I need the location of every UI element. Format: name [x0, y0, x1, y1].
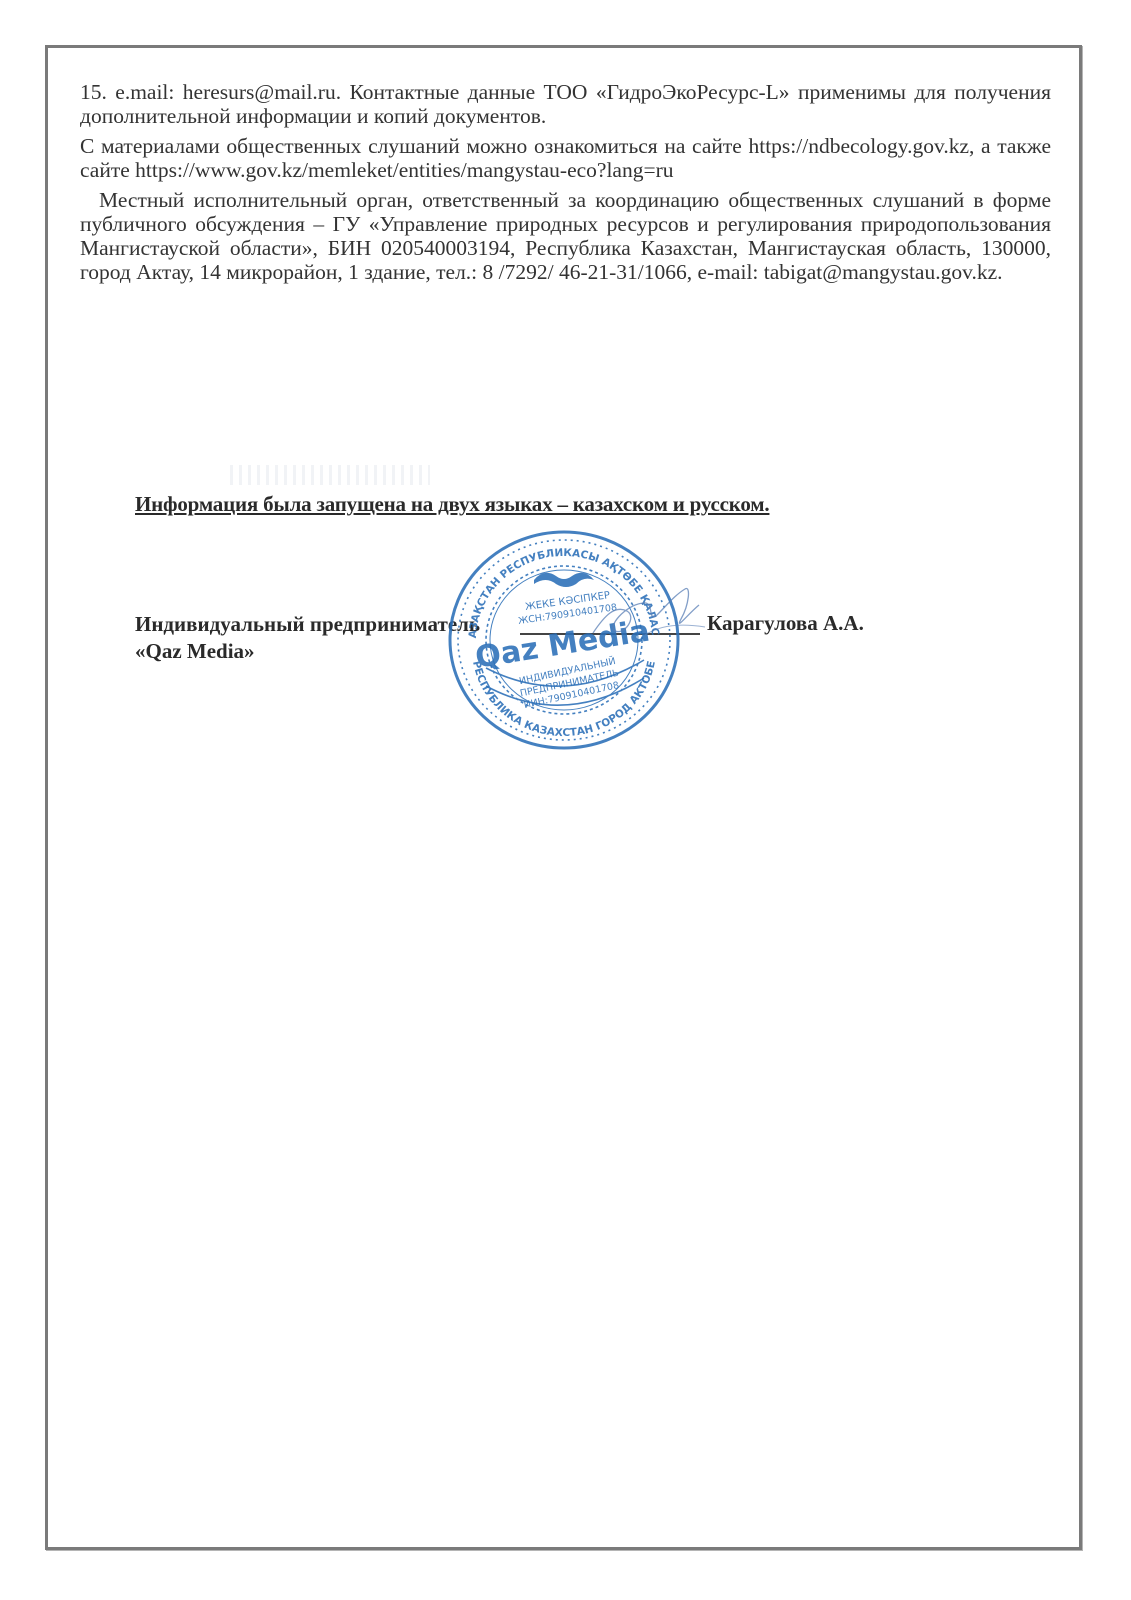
paragraph-contact-email: 15. e.mail: heresurs@mail.ru. Контактные… — [80, 80, 1051, 128]
signatory-role-line2: «Qaz Media» — [135, 638, 480, 665]
document-body: 15. e.mail: heresurs@mail.ru. Контактные… — [80, 80, 1051, 290]
scan-artifact — [230, 465, 430, 485]
signatory-role: Индивидуальный предприниматель «Qaz Medi… — [135, 611, 480, 665]
signatory-name: Карагулова А.А. — [707, 611, 864, 636]
handwritten-signature-icon — [585, 575, 715, 655]
signatory-role-line1: Индивидуальный предприниматель — [135, 611, 480, 638]
bilingual-note: Информация была запущена на двух языках … — [135, 492, 769, 517]
paragraph-materials-links: С материалами общественных слушаний можн… — [80, 134, 1051, 182]
paragraph-local-authority: Местный исполнительный орган, ответствен… — [80, 188, 1051, 284]
